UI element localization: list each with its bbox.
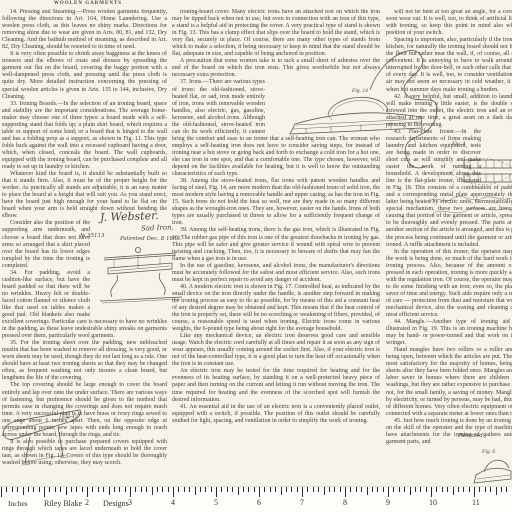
paragraph: 33. Ironing Boards.—In the selection of … <box>2 101 167 171</box>
ruler-number: 9 <box>386 498 390 507</box>
ruler-tick <box>216 487 217 497</box>
ruler-tick <box>436 487 437 492</box>
ruler-tick <box>221 487 222 492</box>
ruler-tick <box>281 487 282 495</box>
ruler-tick <box>302 487 303 497</box>
ruler-tick <box>415 487 416 492</box>
ruler-tick <box>184 487 185 492</box>
sad-iron-illustration <box>92 244 187 304</box>
ruler-tick <box>393 487 394 492</box>
iron-cord-squiggle <box>330 28 460 178</box>
ruler-number: 3 <box>128 498 132 507</box>
paragraph: Hand mangles have two rollers or a rolle… <box>386 347 512 417</box>
ruler-tick <box>87 487 88 497</box>
ruler-tick <box>313 487 314 492</box>
corner-script: Patented <box>458 433 483 439</box>
ruler-tick <box>12 487 13 492</box>
ruler-tick <box>410 487 411 495</box>
ruler-tick <box>463 487 464 492</box>
ruler-tick <box>243 487 244 492</box>
ruler-tick <box>71 487 72 492</box>
ruler-tick <box>98 487 99 492</box>
ruler-number: 4 <box>171 498 175 507</box>
ruler-tick <box>60 487 61 492</box>
ruler-tick <box>211 487 212 492</box>
ruler-number: 7 <box>300 498 304 507</box>
ruler-tick <box>6 487 7 492</box>
patent-date: Patented Dec. 8 1863. <box>120 236 182 242</box>
ruler-unit-label: Inches <box>8 499 28 508</box>
ruler-tick <box>92 487 93 492</box>
ruler-tick <box>275 487 276 492</box>
ruler-tick <box>431 487 432 497</box>
ruler-tick <box>474 487 475 497</box>
ruler-tick <box>28 487 29 492</box>
ruler-tick <box>350 487 351 492</box>
ruler-number: 10 <box>429 498 437 507</box>
ruler-tick <box>356 487 357 492</box>
ruler-tick <box>367 487 368 495</box>
ruler-number: 5 <box>214 498 218 507</box>
ruler-tick <box>173 487 174 497</box>
ruler-tick <box>200 487 201 492</box>
ruler-tick <box>49 487 50 492</box>
ruler-tick <box>141 487 142 492</box>
ruler-tick <box>55 487 56 492</box>
paragraph: 44. Mangle.—Another type of ironing aid … <box>386 319 512 347</box>
ruler-tick <box>17 487 18 492</box>
ruler-tick <box>270 487 271 492</box>
ruler-tick <box>248 487 249 492</box>
ruler-tick <box>490 487 491 492</box>
ruler-tick <box>447 487 448 492</box>
ruler-tick <box>329 487 330 492</box>
ruler-number: 2 <box>85 498 89 507</box>
ruler-tick <box>479 487 480 492</box>
paragraph: It is very often possible to shrink away… <box>2 51 167 100</box>
ruler-tick <box>501 487 502 492</box>
paragraph: 40. A modern electric iron is shown in F… <box>172 284 380 333</box>
ruler-number: 11 <box>472 498 480 507</box>
paragraph: 39. Among the self-heating irons, there … <box>172 227 380 262</box>
paragraph: An electric iron may be tested for the t… <box>172 368 380 403</box>
book-page: WOOLEN GARMENTS 14. Pressing and Steamin… <box>0 0 512 486</box>
figure-label: Fig. 12 <box>62 414 78 420</box>
ruler-tick <box>334 487 335 492</box>
ruler-tick <box>135 487 136 492</box>
ruler: Inches Riley Blake Designs 2345678910111… <box>0 486 512 512</box>
ruler-tick <box>103 487 104 492</box>
paragraph: 45. Just how much ironing is done by an … <box>386 418 512 446</box>
paragraph: 38. Among the stove-heated irons, flat i… <box>172 178 380 227</box>
ruler-tick <box>286 487 287 492</box>
ruler-tick <box>195 487 196 495</box>
corner-iron-illustration <box>472 452 512 486</box>
ruler-tick <box>114 487 115 492</box>
paragraph: 41. An essential aid in the use of an el… <box>172 404 380 425</box>
ruler-tick <box>318 487 319 492</box>
ruler-tick <box>146 487 147 492</box>
ruler-tick <box>361 487 362 492</box>
ruler-tick <box>506 487 507 492</box>
ruler-tick <box>324 487 325 495</box>
ruler-tick <box>119 487 120 492</box>
ruler-tick <box>297 487 298 492</box>
ruler-tick <box>469 487 470 492</box>
ruler-tick <box>238 487 239 495</box>
paragraph: In the operation of this ironer, the ope… <box>386 249 512 319</box>
signature-script <box>427 192 512 220</box>
paragraph: 14. Pressing and Steaming.—Press woolen … <box>2 9 167 51</box>
ruler-tick <box>168 487 169 492</box>
ruler-tick <box>388 487 389 497</box>
fabric-swatch: WOOLEN GARMENTS 14. Pressing and Steamin… <box>0 0 512 512</box>
ruler-tick <box>264 487 265 492</box>
ruler-tick <box>23 487 24 495</box>
ruler-tick <box>33 487 34 492</box>
ruler-tick <box>130 487 131 497</box>
ruler-tick <box>44 487 45 497</box>
ruler-tick <box>232 487 233 492</box>
ruler-tick <box>485 487 486 492</box>
ruler-tick <box>426 487 427 492</box>
ruler-tick <box>109 487 110 495</box>
ruler-tick <box>254 487 255 492</box>
ruler-tick <box>345 487 346 497</box>
ruler-tick <box>442 487 443 492</box>
patent-signature: J. Webster. <box>100 209 159 224</box>
ruler-tick <box>1 487 2 497</box>
ruler-tick <box>307 487 308 492</box>
ruler-tick <box>39 487 40 492</box>
ruler-tick <box>458 487 459 492</box>
ruler-number: 6 <box>257 498 261 507</box>
ruler-tick <box>372 487 373 492</box>
ruler-tick <box>453 487 454 495</box>
ruler-brand-name: Designs <box>103 499 129 508</box>
running-head: WOOLEN GARMENTS <box>0 1 176 6</box>
ruler-tick <box>227 487 228 492</box>
ruler-tick <box>383 487 384 492</box>
ruler-tick <box>152 487 153 495</box>
ruler-tick <box>76 487 77 492</box>
ruler-tick <box>259 487 260 497</box>
ruler-tick <box>82 487 83 492</box>
ruler-tick <box>340 487 341 492</box>
ruler-tick <box>125 487 126 492</box>
ruler-tick <box>404 487 405 492</box>
ruler-number: 8 <box>343 498 347 507</box>
paragraph: 35. For the ironing sheet over the paddi… <box>2 340 167 382</box>
ruler-tick <box>205 487 206 492</box>
ruler-tick <box>420 487 421 492</box>
ruler-tick <box>157 487 158 492</box>
oval-diagram-illustration <box>448 148 512 198</box>
ruler-tick <box>189 487 190 492</box>
ruler-tick <box>178 487 179 492</box>
patent-number: № 35113 <box>80 233 104 239</box>
figure-label: Fig. 4 <box>452 141 465 147</box>
ruler-tick <box>162 487 163 492</box>
ruler-tick <box>399 487 400 492</box>
paragraph: Like any mechanical device, an electric … <box>172 333 380 368</box>
patent-title: Sad Iron, <box>141 223 174 232</box>
paragraph: In the use of gasoline, kerosene, and al… <box>172 263 380 284</box>
ruler-brand-name: Riley Blake <box>44 499 82 508</box>
ruler-tick <box>496 487 497 495</box>
ruler-tick <box>291 487 292 492</box>
ruler-tick <box>377 487 378 492</box>
ruler-tick <box>66 487 67 495</box>
